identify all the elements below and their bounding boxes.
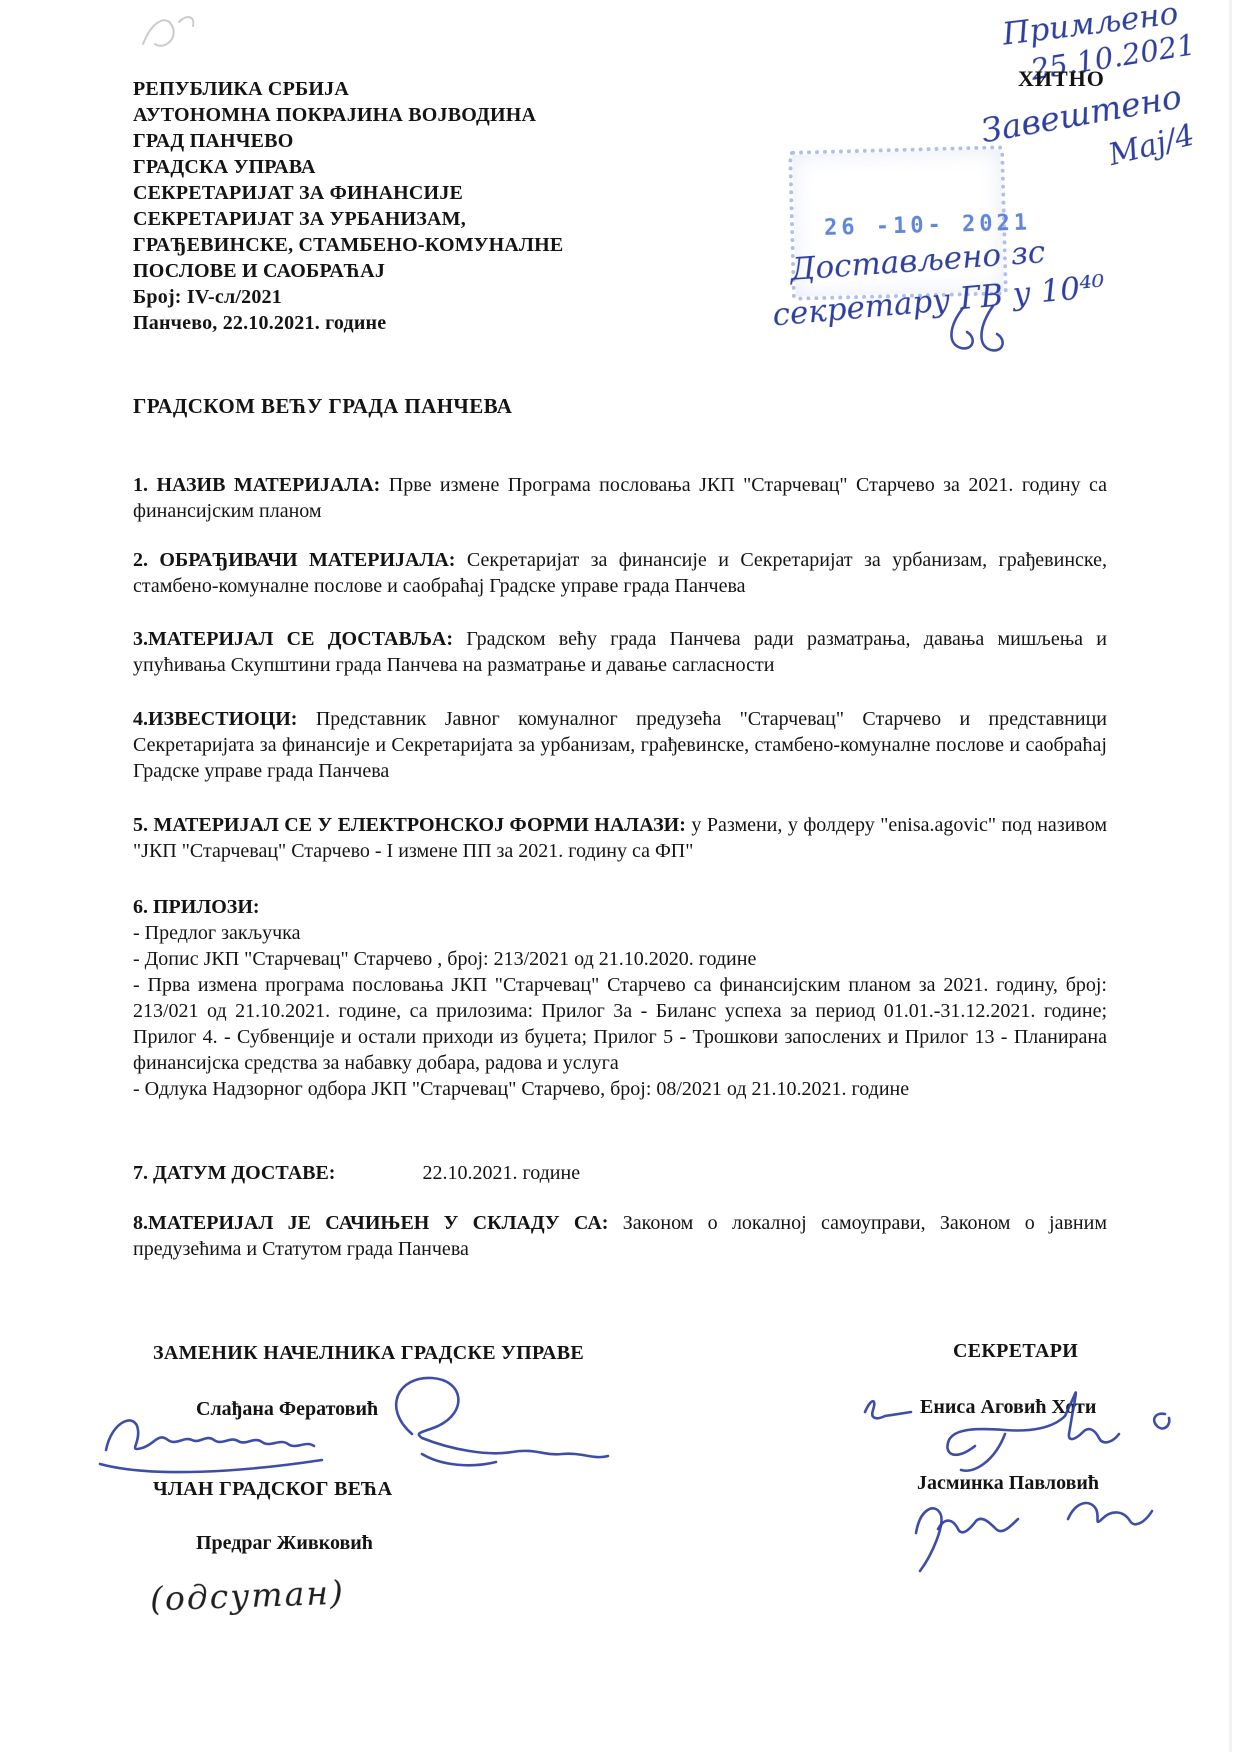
letterhead-line: ГРАЂЕВИНСКЕ, СТАМБЕНО-КОМУНАЛНЕ bbox=[133, 232, 563, 258]
attachments-label: 6. ПРИЛОЗИ: bbox=[133, 894, 1107, 920]
section-3: 3.МАТЕРИЈАЛ СЕ ДОСТАВЉА: Градском већу г… bbox=[133, 626, 1107, 678]
left-signer-title-1: ЗАМЕНИК НАЧЕЛНИКА ГРАДСКЕ УПРАВЕ bbox=[153, 1342, 584, 1365]
scan-edge-shadow bbox=[1229, 0, 1232, 1752]
letterhead-line: ПОСЛОВЕ И САОБРАЋАЈ bbox=[133, 258, 563, 284]
section-2: 2. ОБРАЂИВАЧИ МАТЕРИЈАЛА: Секретаријат з… bbox=[133, 547, 1107, 599]
signature-jasminka-pavlovic bbox=[898, 1483, 1158, 1578]
section-8-label: 8.МАТЕРИЈАЛ ЈЕ САЧИЊЕН У СКЛАДУ СА: bbox=[133, 1212, 623, 1234]
document-number: Број: IV-сл/2021 bbox=[133, 284, 563, 310]
section-8: 8.МАТЕРИЈАЛ ЈЕ САЧИЊЕН У СКЛАДУ СА: Зако… bbox=[133, 1210, 1107, 1262]
letterhead-line: СЕКРЕТАРИЈАТ ЗА ФИНАНСИЈЕ bbox=[133, 180, 563, 206]
right-signers-title: СЕКРЕТАРИ bbox=[953, 1340, 1078, 1363]
section-5-label: 5. МАТЕРИЈАЛ СЕ У ЕЛЕКТРОНСКОЈ ФОРМИ НАЛ… bbox=[133, 814, 691, 836]
section-4-label: 4.ИЗВЕСТИОЦИ: bbox=[133, 708, 316, 730]
section-5: 5. МАТЕРИЈАЛ СЕ У ЕЛЕКТРОНСКОЈ ФОРМИ НАЛ… bbox=[133, 812, 1107, 864]
delivery-date-row: 7. ДАТУМ ДОСТАВЕ: 22.10.2021. године bbox=[133, 1160, 1107, 1186]
delivery-date-label: 7. ДАТУМ ДОСТАВЕ: bbox=[133, 1162, 335, 1184]
pencil-scribble bbox=[133, 4, 203, 59]
document-date: Панчево, 22.10.2021. године bbox=[133, 310, 563, 336]
attachments: 6. ПРИЛОЗИ: - Предлог закључка - Допис Ј… bbox=[133, 894, 1107, 1102]
letterhead-line: ГРАД ПАНЧЕВО bbox=[133, 128, 563, 154]
left-signer-name-2: Предраг Живковић bbox=[196, 1532, 373, 1555]
handwritten-absent-note: (одсутан) bbox=[149, 1573, 345, 1619]
letterhead-line: СЕКРЕТАРИЈАТ ЗА УРБАНИЗАМ, bbox=[133, 206, 563, 232]
letterhead: РЕПУБЛИКА СРБИЈА АУТОНОМНА ПОКРАЈИНА ВОЈ… bbox=[133, 76, 563, 336]
letterhead-line: ГРАДСКА УПРАВА bbox=[133, 154, 563, 180]
initials-flourish bbox=[935, 300, 1015, 360]
attachment-item: - Одлука Надзорног одбора ЈКП "Старчевац… bbox=[133, 1076, 1107, 1102]
signature-sladjana-feratovic bbox=[92, 1368, 622, 1493]
letterhead-line: РЕПУБЛИКА СРБИЈА bbox=[133, 76, 563, 102]
section-3-label: 3.МАТЕРИЈАЛ СЕ ДОСТАВЉА: bbox=[133, 628, 466, 650]
urgent-label: ХИТНО bbox=[1018, 66, 1105, 92]
section-4: 4.ИЗВЕСТИОЦИ: Представник Јавног комунал… bbox=[133, 706, 1107, 784]
attachment-item: - Предлог закључка bbox=[133, 920, 1107, 946]
delivery-date-value: 22.10.2021. године bbox=[422, 1162, 580, 1184]
attachment-item: - Прва измена програма пословања ЈКП "Ст… bbox=[133, 972, 1107, 1076]
document-page: РЕПУБЛИКА СРБИЈА АУТОНОМНА ПОКРАЈИНА ВОЈ… bbox=[0, 0, 1240, 1752]
section-1: 1. НАЗИВ МАТЕРИЈАЛА: Прве измене Програм… bbox=[133, 472, 1107, 524]
section-1-label: 1. НАЗИВ МАТЕРИЈАЛА: bbox=[133, 474, 389, 496]
signature-enisa-agovic-hoti bbox=[855, 1382, 1185, 1477]
recipient-title: ГРАДСКОМ ВЕЋУ ГРАДА ПАНЧЕВА bbox=[133, 394, 512, 419]
section-2-label: 2. ОБРАЂИВАЧИ МАТЕРИЈАЛА: bbox=[133, 549, 467, 571]
left-signer-title-2: ЧЛАН ГРАДСКОГ ВЕЋА bbox=[153, 1478, 392, 1501]
letterhead-line: АУТОНОМНА ПОКРАЈИНА ВОЈВОДИНА bbox=[133, 102, 563, 128]
attachment-item: - Допис ЈКП "Старчевац" Старчево , број:… bbox=[133, 946, 1107, 972]
